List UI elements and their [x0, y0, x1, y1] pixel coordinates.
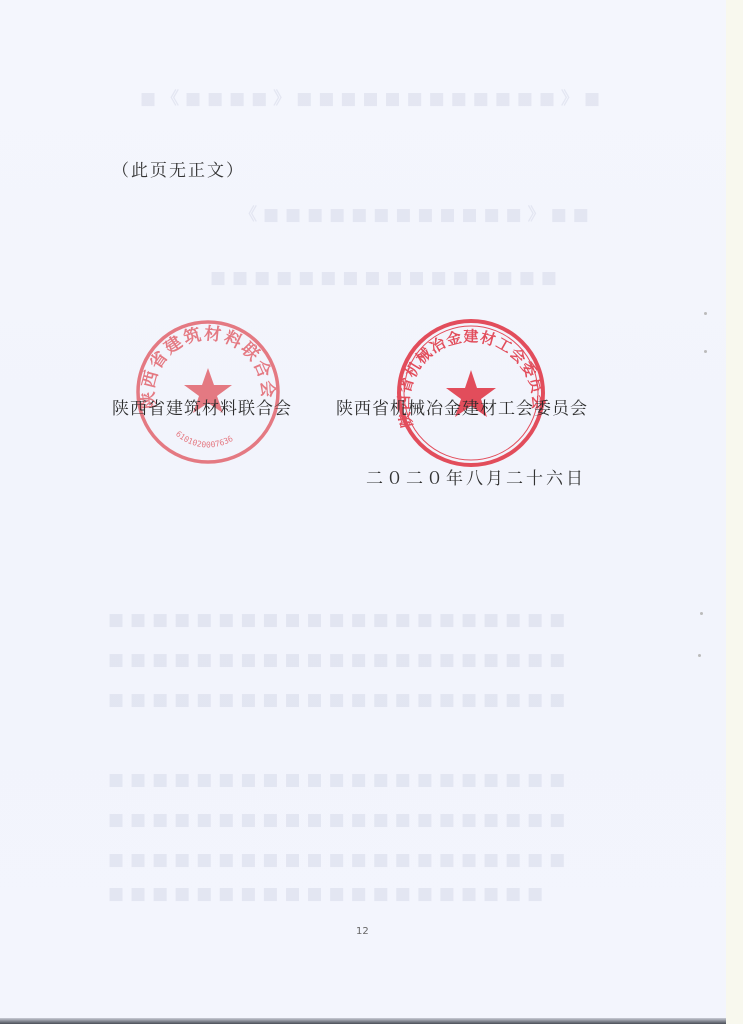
document-page: ■《■■■■》■■■■■■■■■■■■》■ 《■■■■■■■■■■■■》■■ ■… — [0, 0, 726, 1020]
page-number: 12 — [356, 926, 369, 937]
scan-speck — [704, 350, 707, 353]
no-body-note: （此页无正文） — [112, 156, 245, 181]
show-through-text: ■■■■■■■■■■■■■■■■■■■■ — [108, 884, 549, 904]
show-through-text: ■■■■■■■■■■■■■■■■■■■■■ — [108, 650, 571, 670]
scan-speck — [700, 612, 703, 615]
show-through-text: ■■■■■■■■■■■■■■■■■■■■■ — [108, 810, 571, 830]
show-through-text: ■■■■■■■■■■■■■■■■■■■■■ — [108, 610, 571, 630]
scan-speck — [698, 654, 701, 657]
signatory-building-materials: 陕西省建筑材料联合会 — [112, 394, 292, 419]
official-seal-trade-union: 陕西省机械冶金建材工会委员会 — [396, 318, 546, 468]
scan-margin — [726, 0, 743, 1024]
show-through-text: ■■■■■■■■■■■■■■■■ — [210, 268, 563, 288]
show-through-text: ■《■■■■》■■■■■■■■■■■■》■ — [140, 84, 606, 109]
document-date: 二０二０年八月二十六日 — [366, 464, 586, 489]
seal-serial: 6101020007636 — [174, 429, 235, 449]
show-through-text: 《■■■■■■■■■■■■》■■ — [240, 200, 595, 225]
show-through-text: ■■■■■■■■■■■■■■■■■■■■■ — [108, 770, 571, 790]
official-seal-building-materials: 陕西省建筑材料联合会 6101020007636 — [134, 318, 282, 466]
svg-text:6101020007636: 6101020007636 — [174, 429, 235, 449]
signatory-trade-union: 陕西省机械冶金建材工会委员会 — [336, 394, 588, 419]
show-through-text: ■■■■■■■■■■■■■■■■■■■■■ — [108, 850, 571, 870]
scan-bottom-edge — [0, 1018, 726, 1024]
scan-speck — [704, 312, 707, 315]
show-through-text: ■■■■■■■■■■■■■■■■■■■■■ — [108, 690, 571, 710]
